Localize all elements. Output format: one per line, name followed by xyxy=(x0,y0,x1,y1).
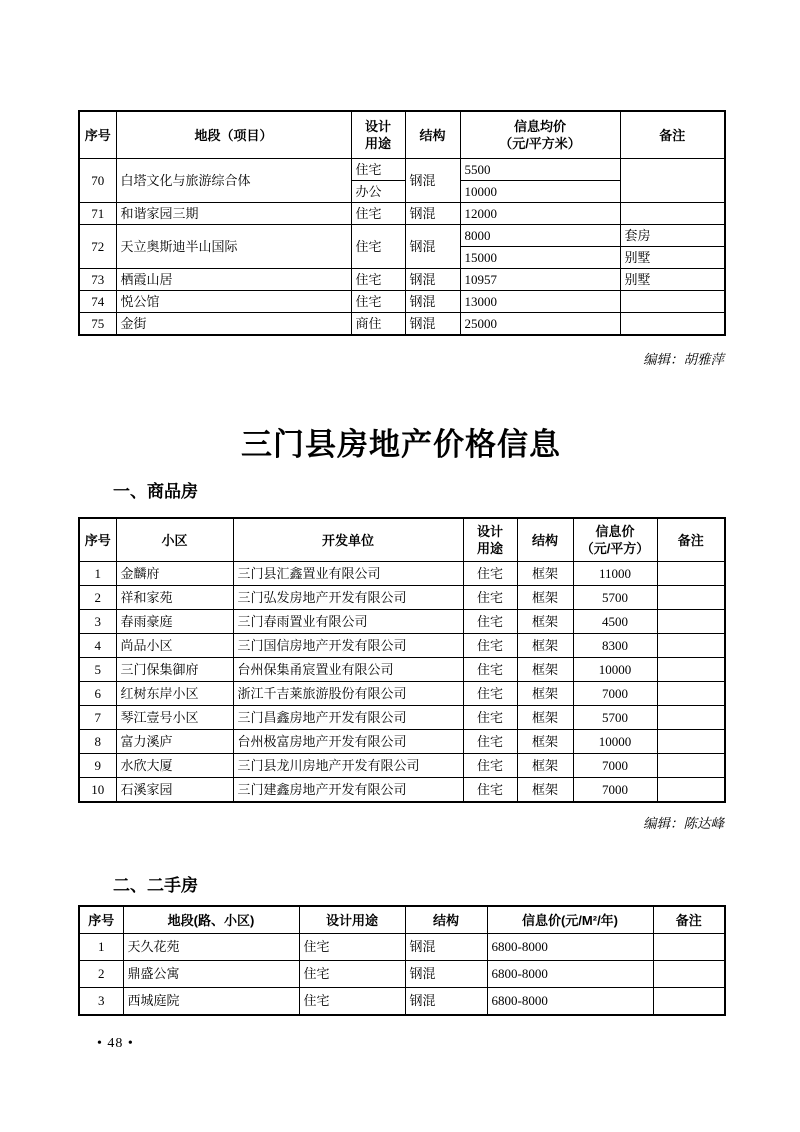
table-row: 9水欣大厦三门县龙川房地产开发有限公司住宅框架7000 xyxy=(79,754,725,778)
editor-credit-2: 编辑：陈达峰 xyxy=(78,812,748,832)
table-cell: 70 xyxy=(79,159,116,203)
table-cell: 10000 xyxy=(573,658,657,682)
commodity-housing-table: 序号小区开发单位设计 用途结构信息价 （元/平方）备注1金麟府三门县汇鑫置业有限… xyxy=(78,517,724,803)
table-cell: 水欣大厦 xyxy=(116,754,233,778)
table-cell: 住宅 xyxy=(463,634,517,658)
table-cell: 框架 xyxy=(517,634,573,658)
table-cell: 5700 xyxy=(573,586,657,610)
column-header: 信息均价 （元/平方米） xyxy=(460,111,620,159)
table-cell xyxy=(620,313,725,336)
document-title: 三门县房地产价格信息 xyxy=(78,419,724,464)
commodity-housing-table-grid: 序号小区开发单位设计 用途结构信息价 （元/平方）备注1金麟府三门县汇鑫置业有限… xyxy=(78,517,726,803)
table-cell: 套房 xyxy=(620,225,725,247)
column-header: 结构 xyxy=(405,906,487,934)
table-cell: 框架 xyxy=(517,778,573,803)
table-cell: 住宅 xyxy=(351,269,405,291)
table-cell: 商住 xyxy=(351,313,405,336)
table-cell: 钢混 xyxy=(405,269,460,291)
table-cell: 住宅 xyxy=(351,225,405,269)
table-cell: 栖霞山居 xyxy=(116,269,351,291)
table-cell: 73 xyxy=(79,269,116,291)
table-cell: 金麟府 xyxy=(116,562,233,586)
table-cell: 2 xyxy=(79,586,116,610)
table-cell: 台州保集甬宸置业有限公司 xyxy=(233,658,463,682)
table-cell xyxy=(657,706,725,730)
table-cell: 富力溪庐 xyxy=(116,730,233,754)
table-cell: 7000 xyxy=(573,754,657,778)
table-cell: 框架 xyxy=(517,730,573,754)
column-header: 设计 用途 xyxy=(351,111,405,159)
table-cell: 1 xyxy=(79,934,123,961)
table-cell: 5700 xyxy=(573,706,657,730)
table-cell: 西城庭院 xyxy=(123,988,299,1016)
table-cell: 天立奥斯迪半山国际 xyxy=(116,225,351,269)
table-cell: 白塔文化与旅游综合体 xyxy=(116,159,351,203)
column-header: 设计 用途 xyxy=(463,518,517,562)
table-cell xyxy=(653,988,725,1016)
table-cell: 钢混 xyxy=(405,988,487,1016)
table-row: 2鼎盛公寓住宅钢混6800-8000 xyxy=(79,961,725,988)
document-page: 序号地段（项目）设计 用途结构信息均价 （元/平方米）备注70白塔文化与旅游综合… xyxy=(0,0,800,1132)
table-cell: 钢混 xyxy=(405,291,460,313)
column-header: 结构 xyxy=(517,518,573,562)
page-number: • 48 • xyxy=(97,1036,134,1052)
table-cell: 10000 xyxy=(573,730,657,754)
table-cell: 三门国信房地产开发有限公司 xyxy=(233,634,463,658)
column-header: 地段（项目） xyxy=(116,111,351,159)
table-cell: 钢混 xyxy=(405,159,460,203)
table-cell: 框架 xyxy=(517,658,573,682)
section-heading-secondhand-housing: 二、二手房 xyxy=(78,871,759,896)
table-cell: 住宅 xyxy=(351,203,405,225)
table-cell: 三门县龙川房地产开发有限公司 xyxy=(233,754,463,778)
column-header: 序号 xyxy=(79,111,116,159)
table-cell: 钢混 xyxy=(405,203,460,225)
table-cell: 金街 xyxy=(116,313,351,336)
editor-credit-1: 编辑：胡雅萍 xyxy=(78,348,748,368)
table-cell: 三门县汇鑫置业有限公司 xyxy=(233,562,463,586)
column-header: 信息价 （元/平方） xyxy=(573,518,657,562)
price-table-continued: 序号地段（项目）设计 用途结构信息均价 （元/平方米）备注70白塔文化与旅游综合… xyxy=(78,110,724,336)
table-cell: 住宅 xyxy=(299,988,405,1016)
table-cell: 框架 xyxy=(517,706,573,730)
table-cell: 框架 xyxy=(517,682,573,706)
table-row: 70白塔文化与旅游综合体住宅钢混5500 xyxy=(79,159,725,181)
table-row: 10石溪家园三门建鑫房地产开发有限公司住宅框架7000 xyxy=(79,778,725,803)
column-header: 备注 xyxy=(653,906,725,934)
table-cell: 三门保集御府 xyxy=(116,658,233,682)
table-row: 5三门保集御府台州保集甬宸置业有限公司住宅框架10000 xyxy=(79,658,725,682)
table-row: 1天久花苑住宅钢混6800-8000 xyxy=(79,934,725,961)
table-cell: 5500 xyxy=(460,159,620,181)
table-cell: 住宅 xyxy=(463,730,517,754)
table-cell: 别墅 xyxy=(620,247,725,269)
table-cell: 和谐家园三期 xyxy=(116,203,351,225)
table-cell: 8300 xyxy=(573,634,657,658)
table-cell: 祥和家苑 xyxy=(116,586,233,610)
table-cell: 框架 xyxy=(517,562,573,586)
table-cell: 三门建鑫房地产开发有限公司 xyxy=(233,778,463,803)
table-cell: 红树东岸小区 xyxy=(116,682,233,706)
table-cell xyxy=(657,586,725,610)
table-cell: 72 xyxy=(79,225,116,269)
header-row: 序号地段(路、小区)设计用途结构信息价(元/M²/年)备注 xyxy=(79,906,725,934)
table-row: 1金麟府三门县汇鑫置业有限公司住宅框架11000 xyxy=(79,562,725,586)
column-header: 开发单位 xyxy=(233,518,463,562)
column-header: 小区 xyxy=(116,518,233,562)
table-cell: 10957 xyxy=(460,269,620,291)
table-cell: 6800-8000 xyxy=(487,961,653,988)
table-cell: 钢混 xyxy=(405,961,487,988)
table-cell: 15000 xyxy=(460,247,620,269)
table-cell: 钢混 xyxy=(405,934,487,961)
table-cell: 住宅 xyxy=(463,562,517,586)
table-cell: 三门弘发房地产开发有限公司 xyxy=(233,586,463,610)
table-cell: 住宅 xyxy=(299,934,405,961)
table-row: 73栖霞山居住宅钢混10957别墅 xyxy=(79,269,725,291)
table-cell: 4500 xyxy=(573,610,657,634)
table-cell: 琴江壹号小区 xyxy=(116,706,233,730)
column-header: 设计用途 xyxy=(299,906,405,934)
table-cell: 框架 xyxy=(517,610,573,634)
table-cell: 尚品小区 xyxy=(116,634,233,658)
table-cell: 住宅 xyxy=(463,610,517,634)
table-cell: 7000 xyxy=(573,778,657,803)
table-cell: 2 xyxy=(79,961,123,988)
table-cell: 25000 xyxy=(460,313,620,336)
table-row: 2祥和家苑三门弘发房地产开发有限公司住宅框架5700 xyxy=(79,586,725,610)
column-header: 地段(路、小区) xyxy=(123,906,299,934)
table-cell: 6800-8000 xyxy=(487,934,653,961)
table-cell: 6800-8000 xyxy=(487,988,653,1016)
table-cell: 钢混 xyxy=(405,225,460,269)
column-header: 备注 xyxy=(657,518,725,562)
table-cell: 5 xyxy=(79,658,116,682)
table-cell: 11000 xyxy=(573,562,657,586)
table-cell: 7 xyxy=(79,706,116,730)
table-cell xyxy=(657,634,725,658)
table-row: 4尚品小区三门国信房地产开发有限公司住宅框架8300 xyxy=(79,634,725,658)
table-row: 3春雨豪庭三门春雨置业有限公司住宅框架4500 xyxy=(79,610,725,634)
table-cell: 7000 xyxy=(573,682,657,706)
table-cell: 框架 xyxy=(517,586,573,610)
table-cell: 住宅 xyxy=(463,586,517,610)
table-cell xyxy=(657,658,725,682)
table-cell: 浙江千吉莱旅游股份有限公司 xyxy=(233,682,463,706)
table-cell: 12000 xyxy=(460,203,620,225)
table-cell: 8 xyxy=(79,730,116,754)
table-cell xyxy=(657,730,725,754)
table-cell: 6 xyxy=(79,682,116,706)
table-cell xyxy=(620,203,725,225)
table-cell xyxy=(653,934,725,961)
table-cell: 天久花苑 xyxy=(123,934,299,961)
table-row: 75金街商住钢混25000 xyxy=(79,313,725,336)
table-cell: 3 xyxy=(79,988,123,1016)
table-cell: 三门春雨置业有限公司 xyxy=(233,610,463,634)
column-header: 序号 xyxy=(79,518,116,562)
table-cell xyxy=(657,754,725,778)
table-cell: 住宅 xyxy=(351,291,405,313)
table-cell: 74 xyxy=(79,291,116,313)
table-cell: 鼎盛公寓 xyxy=(123,961,299,988)
table-cell: 春雨豪庭 xyxy=(116,610,233,634)
table-cell: 框架 xyxy=(517,754,573,778)
header-row: 序号地段（项目）设计 用途结构信息均价 （元/平方米）备注 xyxy=(79,111,725,159)
table-cell: 住宅 xyxy=(463,754,517,778)
table-cell: 台州极富房地产开发有限公司 xyxy=(233,730,463,754)
table-row: 71和谐家园三期住宅钢混12000 xyxy=(79,203,725,225)
table-cell: 钢混 xyxy=(405,313,460,336)
table-row: 3西城庭院住宅钢混6800-8000 xyxy=(79,988,725,1016)
table-row: 74悦公馆住宅钢混13000 xyxy=(79,291,725,313)
table-cell: 住宅 xyxy=(463,658,517,682)
table-cell: 71 xyxy=(79,203,116,225)
table-cell: 办公 xyxy=(351,181,405,203)
table-cell: 悦公馆 xyxy=(116,291,351,313)
table-cell: 石溪家园 xyxy=(116,778,233,803)
column-header: 序号 xyxy=(79,906,123,934)
table-row: 6红树东岸小区浙江千吉莱旅游股份有限公司住宅框架7000 xyxy=(79,682,725,706)
table-row: 8富力溪庐台州极富房地产开发有限公司住宅框架10000 xyxy=(79,730,725,754)
secondhand-housing-table-grid: 序号地段(路、小区)设计用途结构信息价(元/M²/年)备注1天久花苑住宅钢混68… xyxy=(78,905,726,1016)
table-cell: 10000 xyxy=(460,181,620,203)
table-cell: 9 xyxy=(79,754,116,778)
price-table-continued-grid: 序号地段（项目）设计 用途结构信息均价 （元/平方米）备注70白塔文化与旅游综合… xyxy=(78,110,726,336)
table-cell: 别墅 xyxy=(620,269,725,291)
table-cell xyxy=(657,682,725,706)
table-cell xyxy=(657,562,725,586)
table-cell: 75 xyxy=(79,313,116,336)
column-header: 信息价(元/M²/年) xyxy=(487,906,653,934)
table-cell: 4 xyxy=(79,634,116,658)
table-cell xyxy=(620,291,725,313)
header-row: 序号小区开发单位设计 用途结构信息价 （元/平方）备注 xyxy=(79,518,725,562)
column-header: 备注 xyxy=(620,111,725,159)
secondhand-housing-table: 序号地段(路、小区)设计用途结构信息价(元/M²/年)备注1天久花苑住宅钢混68… xyxy=(78,905,724,1016)
table-cell xyxy=(657,610,725,634)
table-cell: 三门昌鑫房地产开发有限公司 xyxy=(233,706,463,730)
table-cell: 10 xyxy=(79,778,116,803)
section-heading-commodity-housing: 一、商品房 xyxy=(78,477,759,502)
table-cell xyxy=(653,961,725,988)
table-cell: 住宅 xyxy=(463,706,517,730)
table-cell: 8000 xyxy=(460,225,620,247)
table-cell: 住宅 xyxy=(351,159,405,181)
table-cell xyxy=(657,778,725,803)
table-cell: 1 xyxy=(79,562,116,586)
table-cell: 13000 xyxy=(460,291,620,313)
table-cell: 住宅 xyxy=(299,961,405,988)
table-row: 7琴江壹号小区三门昌鑫房地产开发有限公司住宅框架5700 xyxy=(79,706,725,730)
table-row: 72天立奥斯迪半山国际住宅钢混8000套房 xyxy=(79,225,725,247)
table-cell xyxy=(620,159,725,203)
table-cell: 住宅 xyxy=(463,682,517,706)
table-cell: 3 xyxy=(79,610,116,634)
column-header: 结构 xyxy=(405,111,460,159)
table-cell: 住宅 xyxy=(463,778,517,803)
